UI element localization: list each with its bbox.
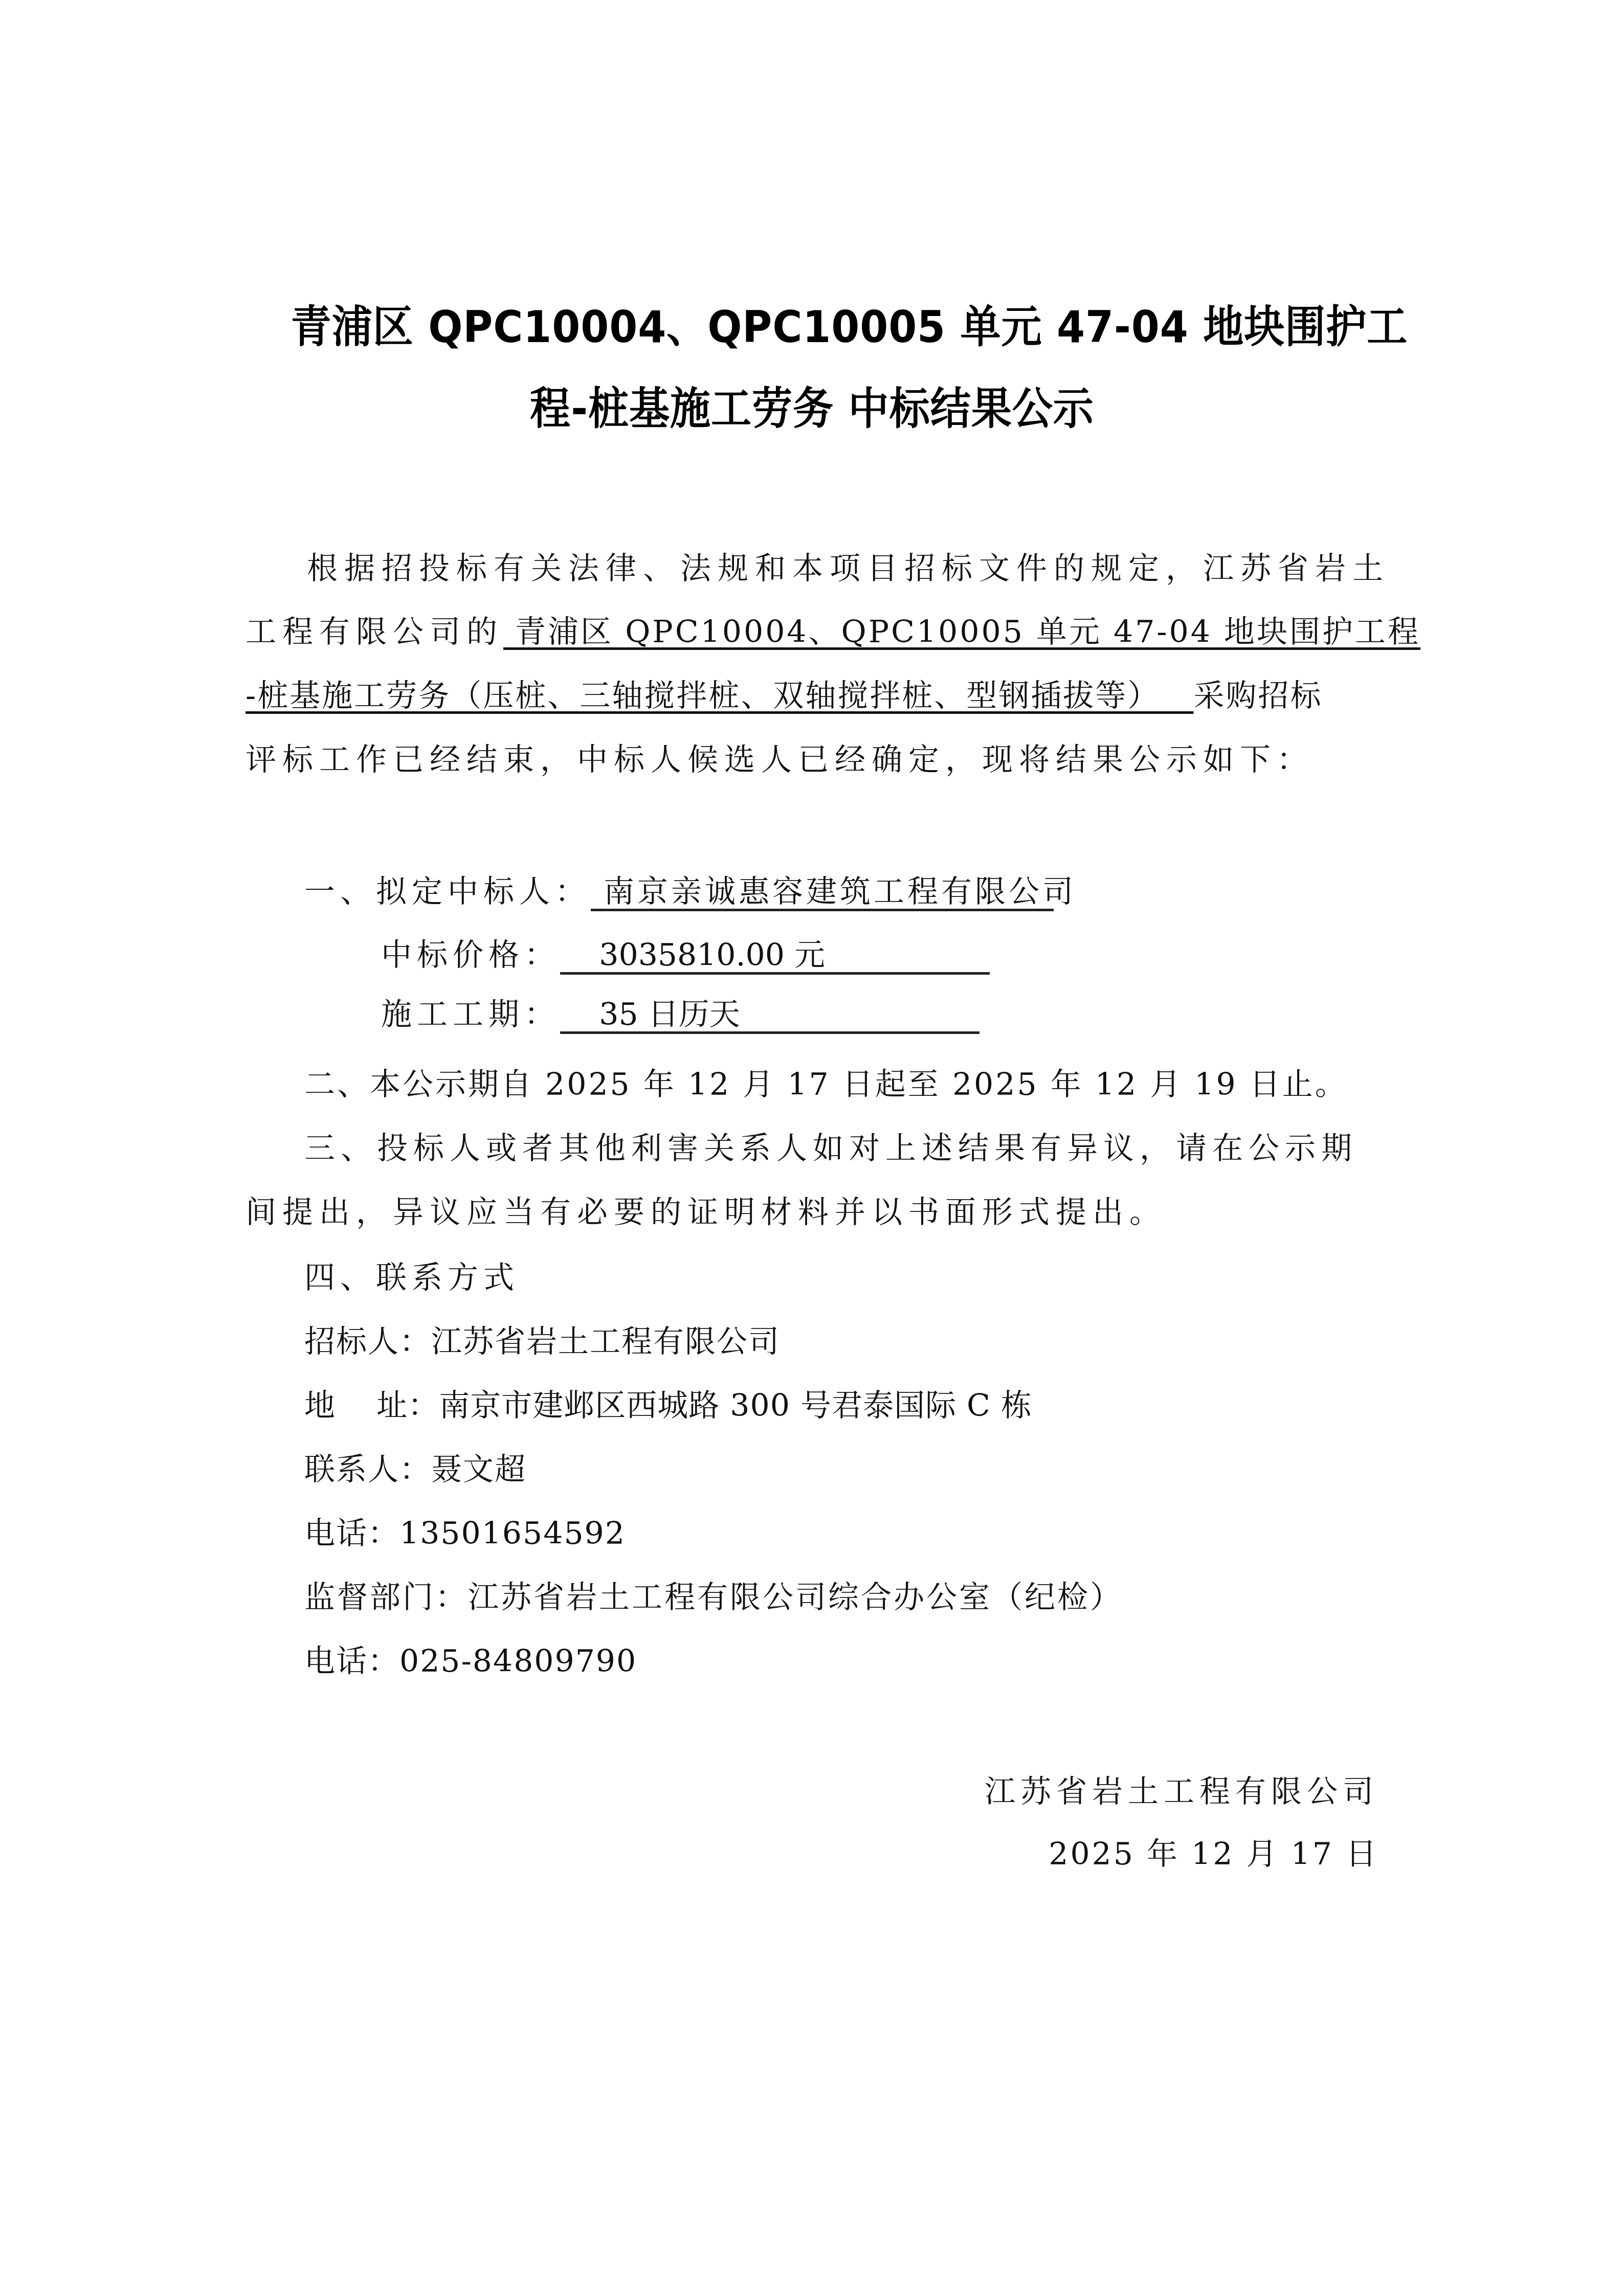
intro-line-1: 根据招投标有关法律、法规和本项目招标文件的规定，江苏省岩土	[307, 550, 1390, 587]
project-name-underlined: 青浦区 QPC10004、QPC10005 单元 47-04 地块围护工程	[503, 614, 1420, 650]
price-row: 中标价格： 3035810.00 元	[381, 937, 990, 975]
signature-company: 江苏省岩土工程有限公司	[985, 1773, 1378, 1810]
signature-date: 2025 年 12 月 17 日	[1049, 1836, 1378, 1873]
document-title-line-1: 青浦区 QPC10004、QPC10005 单元 47-04 地块围护工	[291, 302, 1333, 353]
supervision-row: 监督部门：江苏省岩土工程有限公司综合办公室（纪检）	[304, 1579, 1123, 1616]
tenderer-value: 江苏省岩土工程有限公司	[431, 1324, 780, 1360]
winner-value: 南京亲诚惠容建筑工程有限公司	[591, 875, 1054, 911]
document-page: 青浦区 QPC10004、QPC10005 单元 47-04 地块围护工 程-桩…	[0, 0, 1624, 2296]
contact-phone-label: 电话：	[304, 1516, 399, 1551]
supervision-phone-value[interactable]: 025-84809790	[399, 1644, 637, 1679]
supervision-phone-label: 电话：	[304, 1644, 399, 1679]
intro-line-2: 工程有限公司的 青浦区 QPC10004、QPC10005 单元 47-04 地…	[246, 614, 1420, 650]
contact-heading: 四、联系方式	[304, 1259, 519, 1296]
intro-line-4: 评标工作已经结束，中标人候选人已经确定，现将结果公示如下：	[246, 741, 1314, 778]
intro-line-2-prefix: 工程有限公司的	[246, 614, 503, 650]
duration-row: 施工工期： 35 日历天	[381, 996, 980, 1034]
supervision-label: 监督部门：	[304, 1580, 468, 1615]
announcement-period: 二、本公示期自 2025 年 12 月 17 日起至 2025 年 12 月 1…	[304, 1066, 1348, 1103]
objection-line-2: 间提出，异议应当有必要的证明材料并以书面形式提出。	[246, 1194, 1166, 1231]
contact-phone-row: 电话：13501654592	[304, 1515, 626, 1552]
contact-person-label: 联系人：	[304, 1452, 431, 1488]
address-value: 南京市建邺区西城路 300 号君泰国际 C 栋	[439, 1388, 1032, 1424]
contact-phone-value[interactable]: 13501654592	[399, 1516, 626, 1551]
duration-value: 35 日历天	[560, 998, 980, 1034]
project-scope-underlined: -桩基施工劳务（压桩、三轴搅拌桩、双轴搅拌桩、型钢插拔等）	[246, 678, 1194, 714]
supervision-phone-row: 电话：025-84809790	[304, 1643, 637, 1680]
objection-line-1: 三、投标人或者其他利害关系人如对上述结果有异议，请在公示期	[304, 1130, 1358, 1167]
intro-line-3-suffix: 采购招标	[1194, 678, 1323, 714]
tenderer-row: 招标人：江苏省岩土工程有限公司	[304, 1323, 780, 1360]
supervision-value: 江苏省岩土工程有限公司综合办公室（纪检）	[468, 1580, 1123, 1615]
contact-person-row: 联系人：聂文超	[304, 1451, 526, 1488]
tenderer-label: 招标人：	[304, 1324, 431, 1360]
document-title-line-2: 程-桩基施工劳务 中标结果公示	[291, 384, 1333, 435]
duration-label: 施工工期：	[381, 997, 560, 1032]
price-label: 中标价格：	[381, 937, 560, 973]
winner-row: 一、拟定中标人： 南京亲诚惠容建筑工程有限公司	[304, 873, 1054, 911]
address-row: 地 址：南京市建邺区西城路 300 号君泰国际 C 栋	[304, 1387, 1032, 1424]
intro-line-3: -桩基施工劳务（压桩、三轴搅拌桩、双轴搅拌桩、型钢插拔等） 采购招标	[246, 678, 1323, 714]
winner-label: 一、拟定中标人：	[304, 874, 591, 910]
address-label: 地 址：	[304, 1388, 439, 1424]
contact-person-value: 聂文超	[431, 1452, 526, 1488]
price-value: 3035810.00 元	[560, 938, 990, 975]
